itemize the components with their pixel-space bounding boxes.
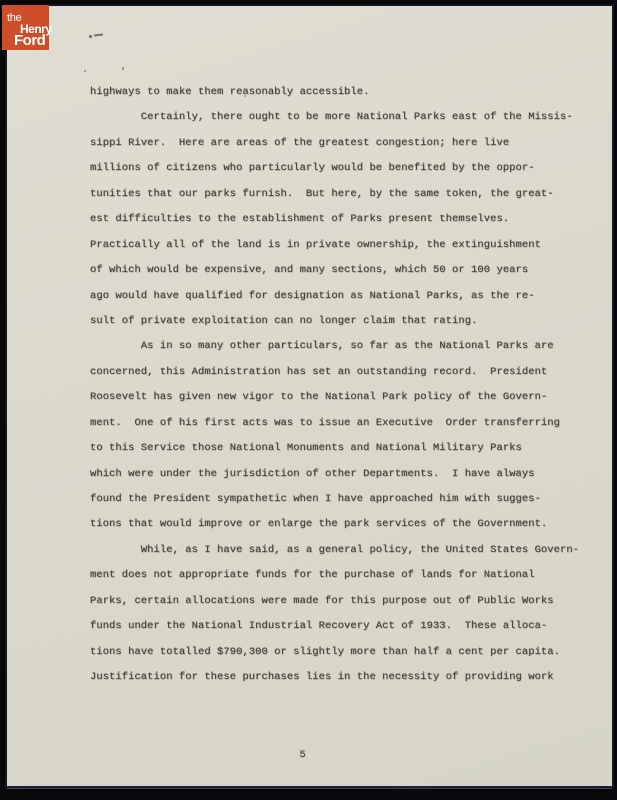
pencil-mark-dot bbox=[89, 35, 92, 38]
text-line: Parks, certain allocations were made for… bbox=[90, 589, 579, 614]
text-line: found the President sympathetic when I h… bbox=[90, 487, 579, 512]
text-line: ment does not appropriate funds for the … bbox=[90, 563, 579, 588]
page-number: 5 bbox=[7, 742, 598, 768]
text-line: of which would be expensive, and many se… bbox=[90, 258, 579, 283]
text-line: est difficulties to the establishment of… bbox=[90, 207, 579, 232]
document-page: highways to make them reasonably accessi… bbox=[7, 6, 612, 786]
text-line: sult of private exploitation can no long… bbox=[90, 309, 579, 334]
henry-ford-logo: the Henry Ford bbox=[2, 5, 49, 50]
text-line: Roosevelt has given new vigor to the Nat… bbox=[90, 385, 579, 410]
text-line: Certainly, there ought to be more Nation… bbox=[90, 105, 579, 130]
text-line: highways to make them reasonably accessi… bbox=[90, 80, 579, 105]
scan-speck bbox=[122, 67, 124, 70]
text-line: sippi River. Here are areas of the great… bbox=[90, 131, 579, 156]
text-line: ment. One of his first acts was to issue… bbox=[90, 411, 579, 436]
text-line: funds under the National Industrial Reco… bbox=[90, 614, 579, 639]
text-line: tunities that our parks furnish. But her… bbox=[90, 182, 579, 207]
text-line: millions of citizens who particularly wo… bbox=[90, 156, 579, 181]
scan-speck bbox=[84, 70, 86, 72]
text-line: ago would have qualified for designation… bbox=[90, 284, 579, 309]
pencil-mark-dash bbox=[94, 33, 103, 36]
scan-speck bbox=[244, 95, 246, 97]
typewritten-text-block: highways to make them reasonably accessi… bbox=[90, 80, 579, 691]
text-line: Practically all of the land is in privat… bbox=[90, 233, 579, 258]
text-line: concerned, this Administration has set a… bbox=[90, 360, 579, 385]
scan-viewport: highways to make them reasonably accessi… bbox=[0, 0, 617, 800]
logo-text-ford: Ford bbox=[14, 32, 45, 49]
text-line: While, as I have said, as a general poli… bbox=[90, 538, 579, 563]
text-line: which were under the jurisdiction of oth… bbox=[90, 462, 579, 487]
text-line: tions that would improve or enlarge the … bbox=[90, 512, 579, 537]
text-line: As in so many other particulars, so far … bbox=[90, 334, 579, 359]
text-line: to this Service those National Monuments… bbox=[90, 436, 579, 461]
text-line: tions have totalled $790,300 or slightly… bbox=[90, 640, 579, 665]
text-line: Justification for these purchases lies i… bbox=[90, 665, 579, 690]
